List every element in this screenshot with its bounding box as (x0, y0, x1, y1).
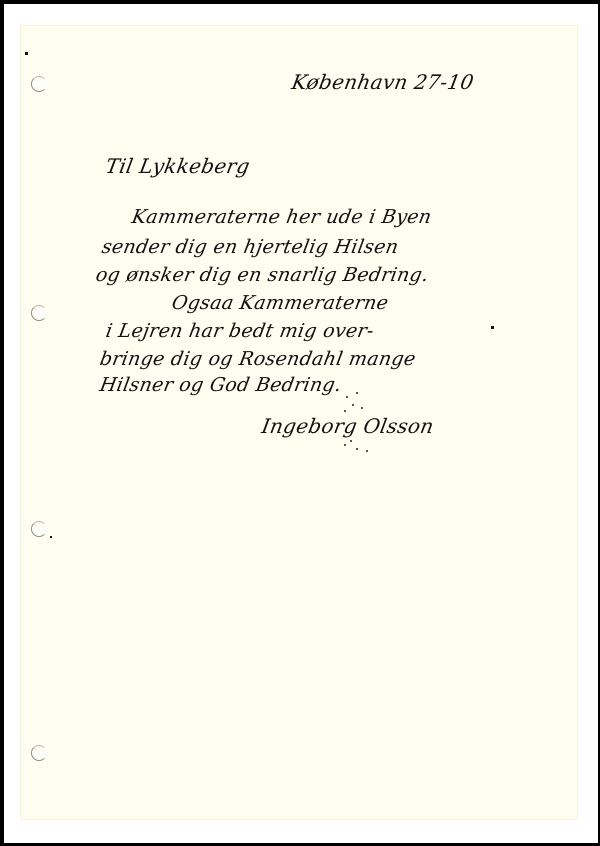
body-line-6: bringe dig og Rosendahl mange (98, 348, 417, 370)
body-line-7: Hilsner og God Bedring. (98, 374, 343, 396)
body-line-4: Ogsaa Kammeraterne (170, 292, 390, 314)
signature: Ingeborg Olsson (260, 414, 436, 438)
body-line-5: i Lejren har bedt mig over- (104, 320, 376, 342)
place-date: København 27-10 (290, 70, 476, 94)
body-line-3: og ønsker dig en snarlig Bedring. (94, 264, 430, 286)
body-line-1: Kammeraterne her ude i Byen (130, 206, 433, 228)
ink-mark (25, 52, 28, 55)
punch-hole-icon (31, 745, 47, 761)
salutation: Til Lykkeberg (104, 154, 252, 178)
ink-mark (50, 536, 52, 538)
punch-hole-icon (31, 76, 47, 92)
body-line-2: sender dig en hjertelig Hilsen (100, 236, 400, 258)
punch-hole-icon (31, 305, 47, 321)
ink-mark (491, 326, 494, 329)
punch-hole-icon (31, 521, 47, 537)
